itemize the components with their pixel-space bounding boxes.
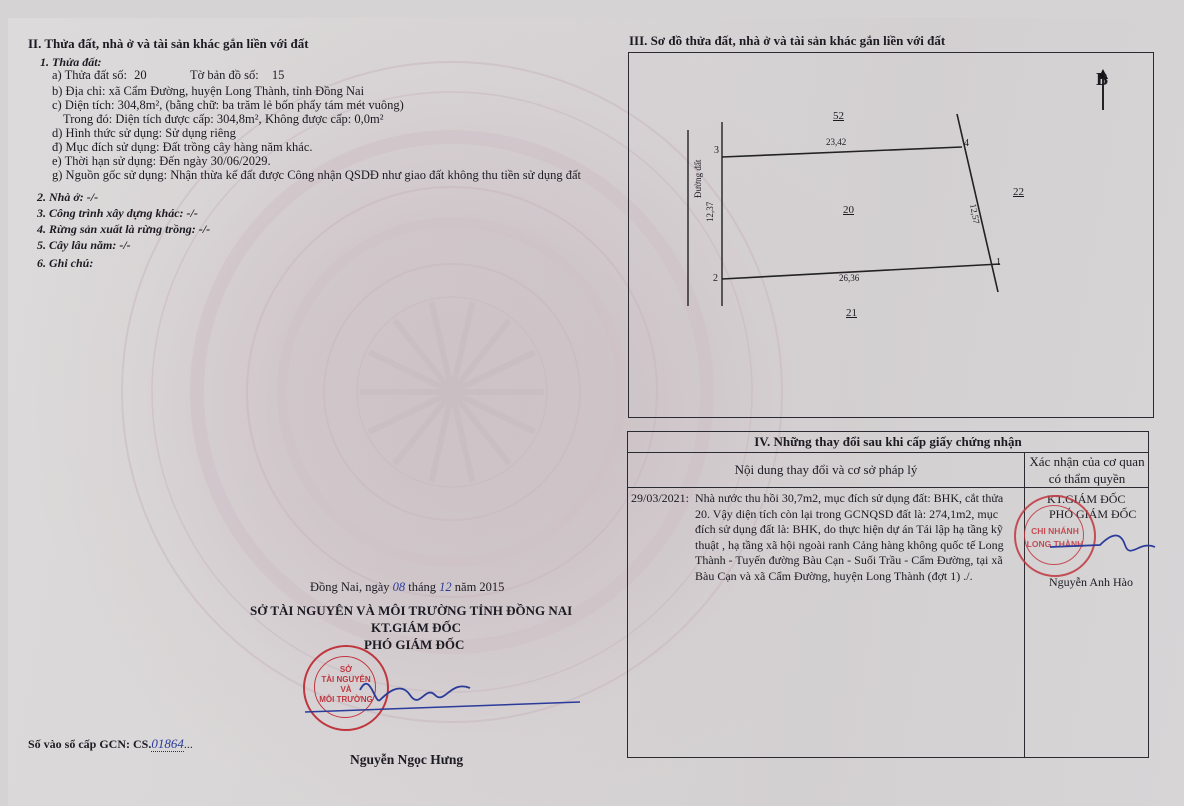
usage-purpose-line: đ) Mục đích sử dụng: Đất trồng cây hàng … <box>52 140 313 155</box>
registry-label: Số vào sổ cấp GCN: CS. <box>28 737 151 751</box>
confirm-signature-icon <box>1040 525 1160 565</box>
parcel-number-label: a) Thửa đất số: <box>52 68 127 82</box>
signing-place-date: Đồng Nai, ngày 08 tháng 12 năm 2015 <box>310 580 504 595</box>
area-line: c) Diện tích: 304,8m², (bằng chữ: ba tră… <box>52 98 404 113</box>
section-ii-title: II. Thửa đất, nhà ở và tài sản khác gắn … <box>28 36 309 52</box>
north-symbol: B <box>1096 69 1108 90</box>
other-construction-item: 3. Công trình xây dựng khác: -/- <box>37 206 198 221</box>
point-1: 1 <box>996 257 1001 268</box>
edge-length-bottom: 26,36 <box>839 273 859 283</box>
map-sheet-value: 15 <box>272 68 285 82</box>
parcel-number-line: a) Thửa đất số: 20 <box>52 68 147 83</box>
parcel-map <box>628 52 1154 418</box>
map-sheet-label: Tờ bản đồ số: <box>190 68 259 82</box>
signing-day: 08 <box>393 580 406 594</box>
column-divider <box>1024 452 1025 758</box>
area-not-granted-line: Không được cấp: 0,0m² <box>265 112 384 127</box>
planted-forest-item: 4. Rừng sản xuất là rừng trồng: -/- <box>37 222 210 237</box>
area-granted-line: Trong đó: Diện tích được cấp: 304,8m², <box>63 112 262 127</box>
section-iv-title: IV. Những thay đổi sau khi cấp giấy chứn… <box>628 432 1148 453</box>
road-label: Đường đất <box>693 160 703 198</box>
usage-term-line: e) Thời hạn sử dụng: Đến ngày 30/06/2029… <box>52 154 271 169</box>
address-line: b) Địa chỉ: xã Cẩm Đường, huyện Long Thà… <box>52 84 364 99</box>
place-date-prefix: Đồng Nai, ngày <box>310 580 390 594</box>
signer-title-1: KT.GIÁM ĐỐC <box>371 620 461 636</box>
usage-form-line: d) Hình thức sử dụng: Sử dụng riêng <box>52 126 236 141</box>
parcel-number-label-map: 20 <box>843 204 854 216</box>
signature-icon <box>300 660 590 730</box>
neighbor-parcel-right: 22 <box>1013 186 1024 198</box>
registry-number: 01864 <box>151 736 184 752</box>
neighbor-parcel-top: 52 <box>833 110 844 122</box>
point-4: 4 <box>964 138 969 149</box>
section-iii-title: III. Sơ đồ thửa đất, nhà ở và tài sản kh… <box>629 33 945 49</box>
issuing-agency: SỞ TÀI NGUYÊN VÀ MÔI TRƯỜNG TỈNH ĐỒNG NA… <box>250 603 572 619</box>
usage-origin-line: g) Nguồn gốc sử dụng: Nhận thừa kế đất đ… <box>52 168 581 183</box>
signer-title-2: PHÓ GIÁM ĐỐC <box>364 637 464 653</box>
point-3: 3 <box>714 145 719 156</box>
column-header-content: Nội dung thay đổi và cơ sở pháp lý <box>628 452 1024 487</box>
notes-item: 6. Ghi chú: <box>37 256 93 271</box>
column-header-confirm: Xác nhận của cơ quan có thẩm quyền <box>1025 452 1149 488</box>
signing-month: 12 <box>439 580 452 594</box>
edge-length-left: 12,37 <box>705 202 715 222</box>
registry-line: Số vào sổ cấp GCN: CS.01864... <box>28 736 193 752</box>
change-date: 29/03/2021: <box>631 491 689 506</box>
confirm-signer-name: Nguyễn Anh Hào <box>1049 575 1133 590</box>
edge-length-top: 23,42 <box>826 137 846 147</box>
map-sheet-line: Tờ bản đồ số: 15 <box>190 68 284 83</box>
neighbor-parcel-bottom: 21 <box>846 307 857 319</box>
header-divider <box>628 487 1148 488</box>
changes-table: IV. Những thay đổi sau khi cấp giấy chứn… <box>627 431 1149 758</box>
parcel-number-value: 20 <box>134 68 147 82</box>
house-item: 2. Nhà ở: -/- <box>37 190 98 205</box>
point-2: 2 <box>713 273 718 284</box>
month-label: tháng <box>408 580 436 594</box>
perennial-trees-item: 5. Cây lâu năm: -/- <box>37 238 131 253</box>
change-description: Nhà nước thu hồi 30,7m2, mục đích sử dụn… <box>695 491 1011 584</box>
year-label: năm 2015 <box>455 580 505 594</box>
signer-name: Nguyễn Ngọc Hưng <box>350 752 463 768</box>
